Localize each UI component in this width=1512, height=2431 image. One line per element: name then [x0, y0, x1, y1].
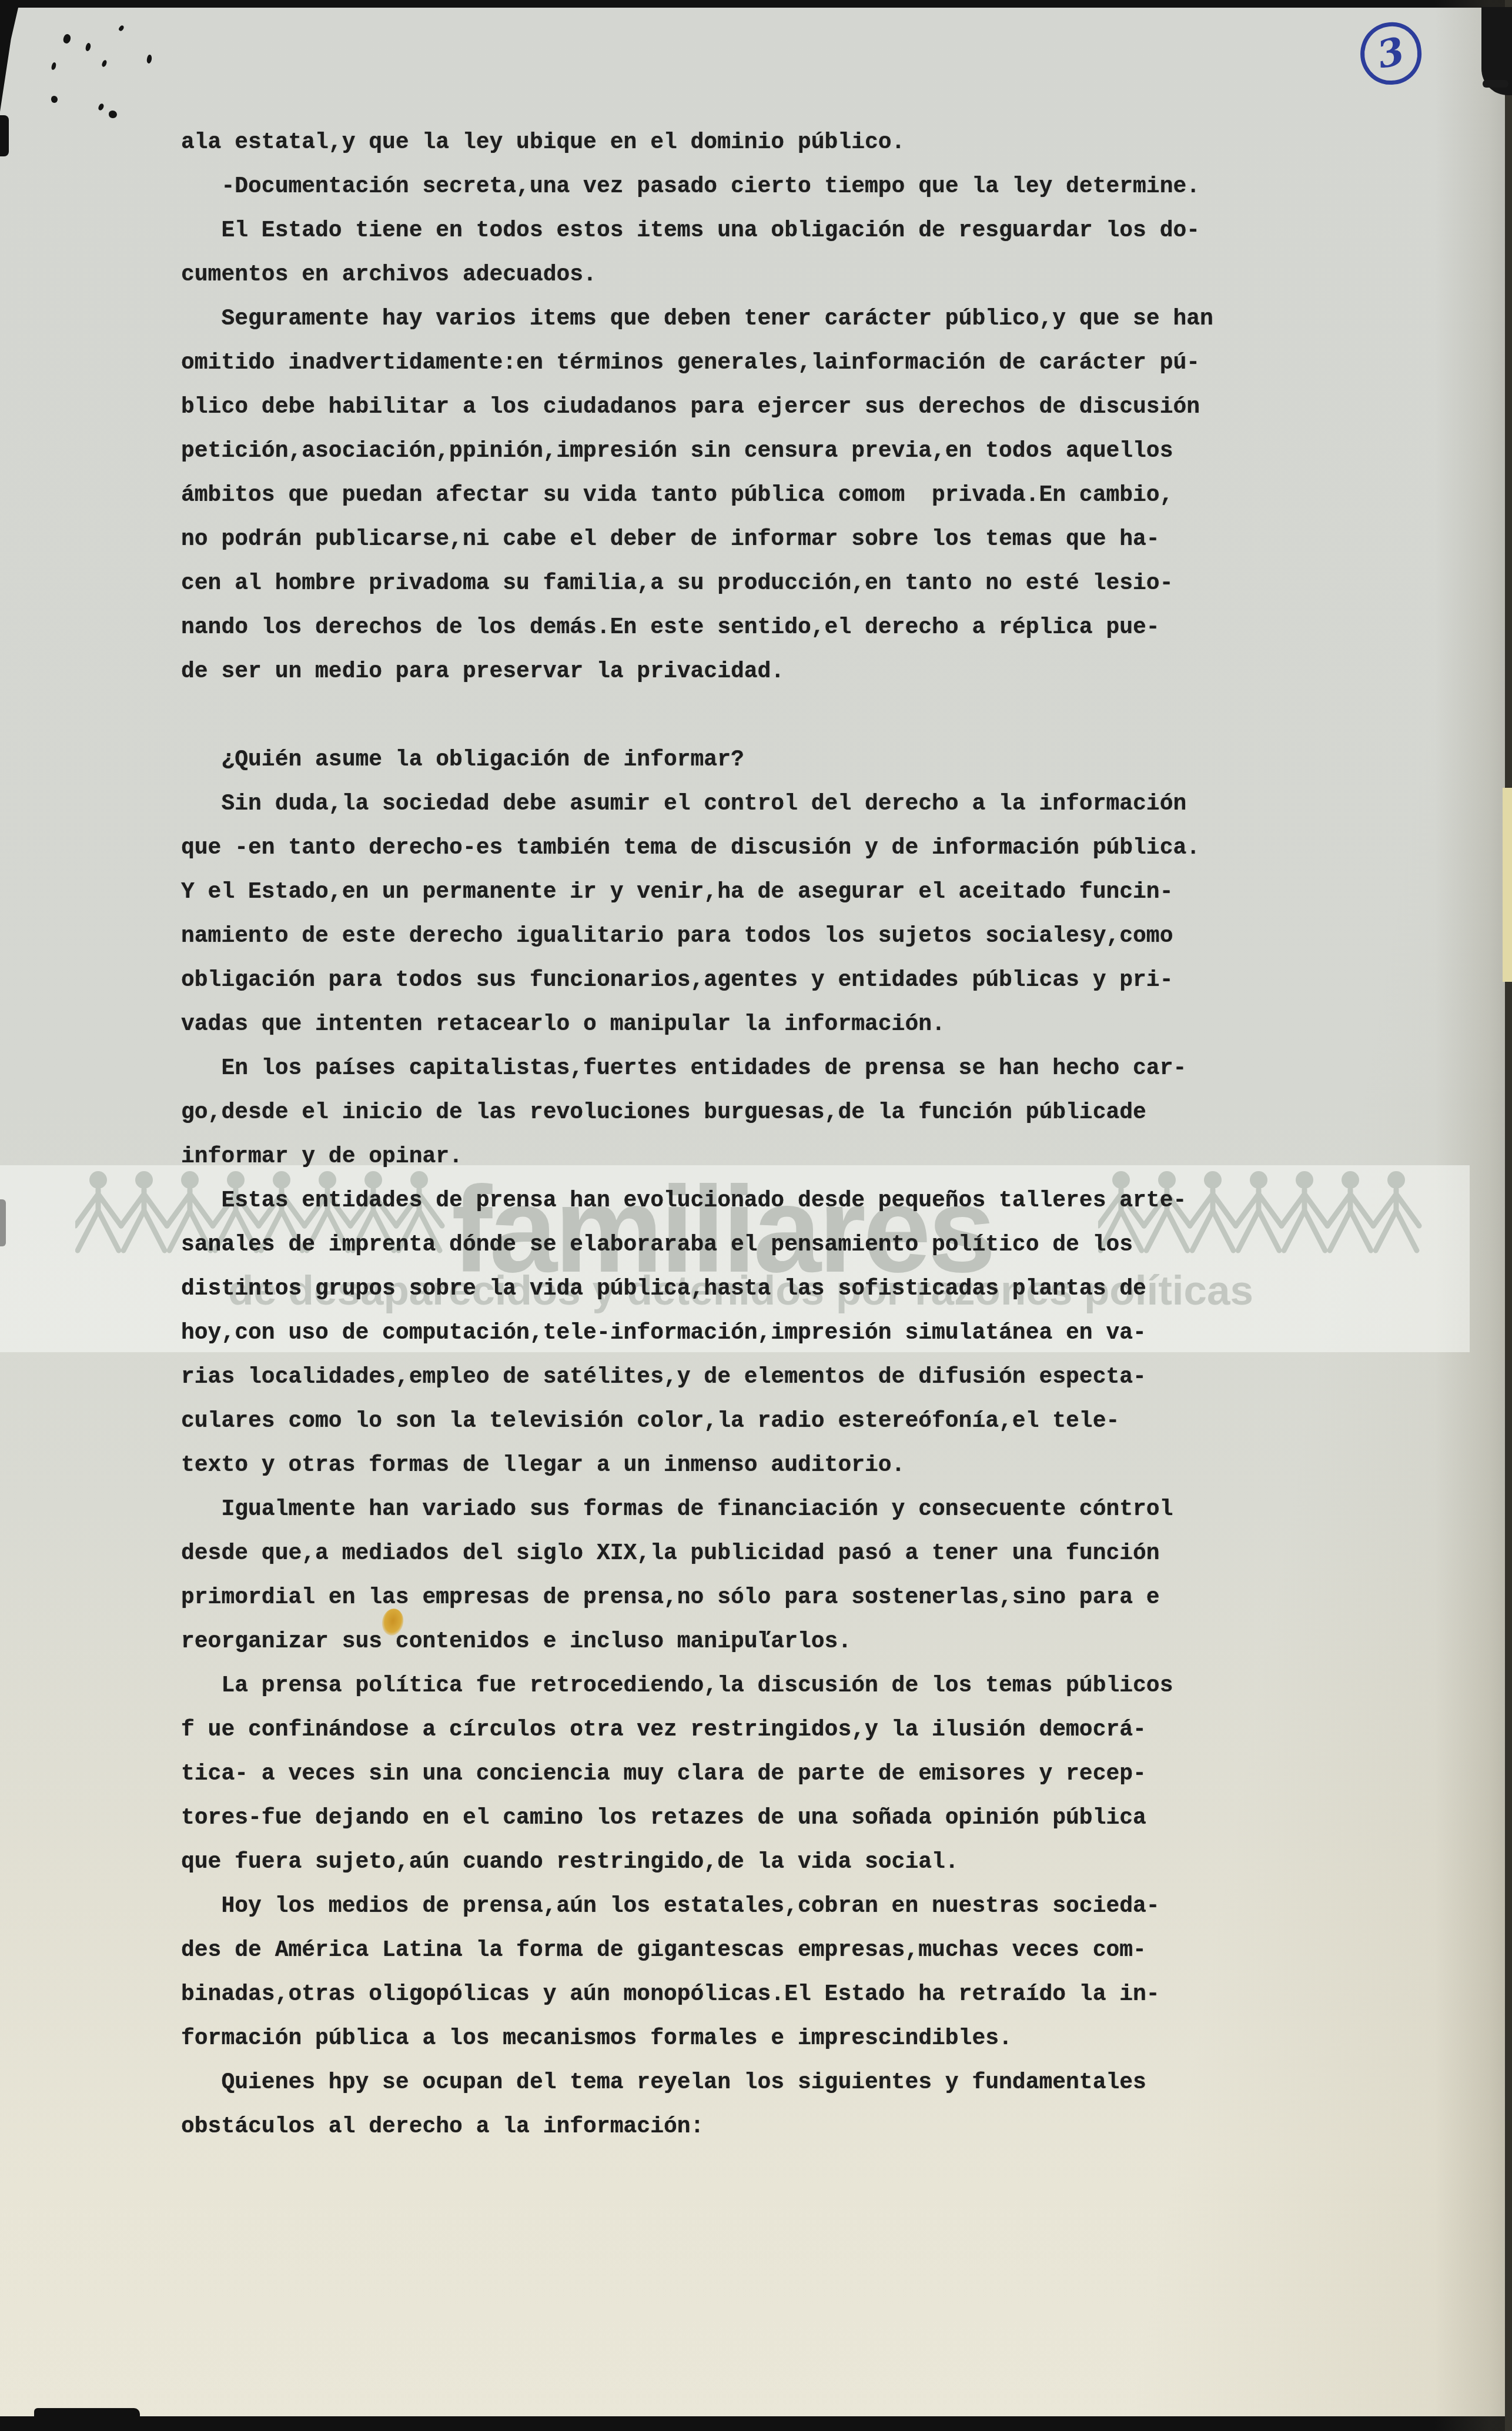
typed-line: obstáculos al derecho a la información: [181, 2105, 1357, 2149]
scan-edge-bottom-notch [34, 2408, 140, 2431]
page-number: 3 [1374, 32, 1408, 75]
typed-line: de ser un medio para preservar la privac… [181, 650, 1357, 694]
scan-edge-bottom [0, 2416, 1512, 2431]
ink-speck [85, 42, 91, 52]
typed-line: f ue confinándose a círculos otra vez re… [181, 1708, 1357, 1752]
typed-line: petición,asociación,ppinión,impresión si… [181, 429, 1357, 473]
typed-line: omitido inadvertidamente:en términos gen… [181, 341, 1357, 385]
typed-line: que -en tanto derecho-es también tema de… [181, 826, 1357, 870]
scan-edge-top [0, 0, 1512, 8]
typed-line: desde que,a mediados del siglo XIX,la pu… [181, 1532, 1357, 1576]
scan-edge-right-paper-sliver [1503, 788, 1512, 982]
typed-line: blico debe habilitar a los ciudadanos pa… [181, 385, 1357, 429]
scan-edge-right-dash [1483, 80, 1508, 88]
typed-line: ¿Quién asume la obligación de informar? [181, 738, 1357, 782]
typed-line: ala estatal,y que la ley ubique en el do… [181, 121, 1357, 165]
ink-speck [62, 33, 72, 44]
ink-speck [98, 103, 105, 111]
typed-line: Quienes hpy se ocupan del tema reyelan l… [181, 2061, 1357, 2105]
scanned-typewritten-page: 3 familiares de desaparecidos y detenido… [0, 0, 1512, 2431]
typed-line: En los países capitalistas,fuertes entid… [181, 1046, 1357, 1091]
typed-line: que fuera sujeto,aún cuando restringido,… [181, 1840, 1357, 1884]
typed-line: Y el Estado,en un permanente ir y venir,… [181, 870, 1357, 914]
scan-edge-right [1505, 0, 1512, 2431]
typed-line: obligación para todos sus funcionarios,a… [181, 958, 1357, 1002]
ink-speck [101, 59, 108, 68]
typed-line: Seguramente hay varios items que deben t… [181, 297, 1357, 341]
typed-line: nando los derechos de los demás.En este … [181, 606, 1357, 650]
ink-speck [109, 111, 117, 118]
typed-line: sanales de imprenta dónde se elaboraraba… [181, 1223, 1357, 1267]
typed-line: culares como lo son la televisión color,… [181, 1399, 1357, 1443]
typed-line: tica- a veces sin una conciencia muy cla… [181, 1752, 1357, 1796]
typed-line: La prensa política fue retrocediendo,la … [181, 1664, 1357, 1708]
typed-line: El Estado tiene en todos estos items una… [181, 209, 1357, 253]
typed-line: cumentos en archivos adecuados. [181, 253, 1357, 297]
ink-speck [51, 62, 57, 71]
typed-line: go,desde el inicio de las revoluciones b… [181, 1091, 1357, 1135]
typed-line: texto y otras formas de llegar a un inme… [181, 1443, 1357, 1487]
ink-speck [118, 25, 125, 32]
typed-line: rias localidades,empleo de satélites,y d… [181, 1355, 1357, 1399]
ink-speck [146, 54, 152, 63]
typed-line: formación pública a los mecanismos forma… [181, 2017, 1357, 2061]
typed-line: primordial en las empresas de prensa,no … [181, 1576, 1357, 1620]
typed-line: cen al hombre privadoma su familia,a su … [181, 561, 1357, 606]
typed-line: namiento de este derecho igualitario par… [181, 914, 1357, 958]
typed-text: ala estatal,y que la ley ubique en el do… [181, 121, 1357, 2149]
typed-line: vadas que intenten retacearlo o manipula… [181, 1002, 1357, 1046]
typed-line: Igualmente han variado sus formas de fin… [181, 1487, 1357, 1532]
typed-line: des de América Latina la forma de gigant… [181, 1928, 1357, 1972]
typed-line: Sin duda,la sociedad debe asumir el cont… [181, 782, 1357, 826]
typed-line: hoy,con uso de computación,tele-informac… [181, 1311, 1357, 1355]
typed-line: Hoy los medios de prensa,aún los estatal… [181, 1884, 1357, 1928]
typed-line: reorganizar sus contenidos e incluso man… [181, 1620, 1357, 1664]
typed-line [181, 694, 1357, 738]
scan-edge-left-nick [0, 115, 9, 156]
typed-line: Estas entidades de prensa han evoluciona… [181, 1179, 1357, 1223]
page-number-circle: 3 [1357, 19, 1425, 88]
typed-line: no podrán publicarse,ni cabe el deber de… [181, 517, 1357, 561]
typed-line: binadas,otras oligopólicas y aún monopól… [181, 1972, 1357, 2017]
ink-speck [51, 96, 58, 103]
scan-edge-left-wedge [0, 0, 20, 112]
typed-line: tores-fue dejando en el camino los retaz… [181, 1796, 1357, 1840]
typed-line: distintos grupos sobre la vida pública,h… [181, 1267, 1357, 1311]
typed-line: informar y de opinar. [181, 1135, 1357, 1179]
typed-line: ámbitos que puedan afectar su vida tanto… [181, 473, 1357, 517]
typed-line: -Documentación secreta,una vez pasado ci… [181, 165, 1357, 209]
